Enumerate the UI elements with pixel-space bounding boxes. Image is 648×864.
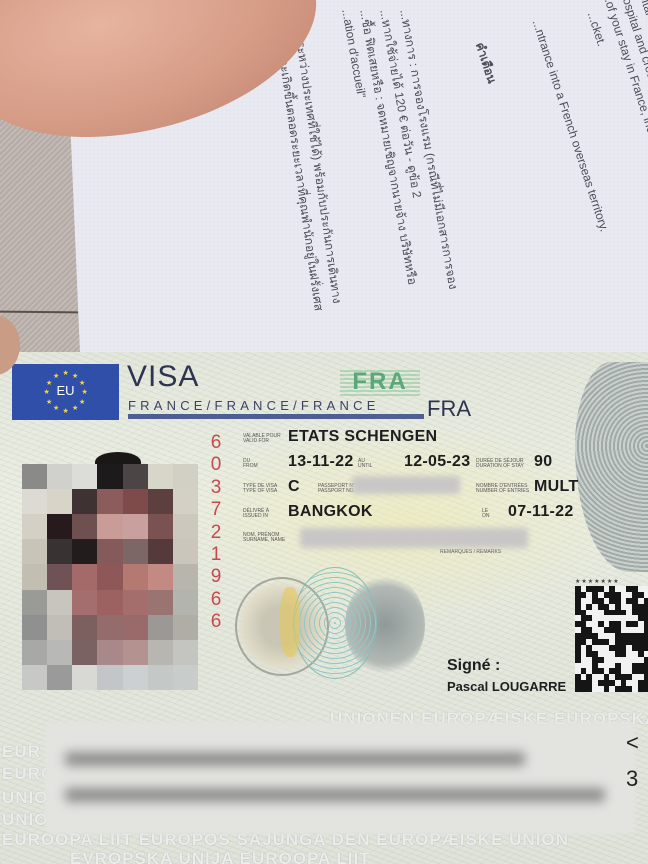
serial-digit: 1 bbox=[208, 544, 224, 566]
label-duration: Durée de séjourDuration of stay bbox=[476, 459, 524, 469]
value-until: 12-05-23 bbox=[404, 453, 470, 471]
serial-digit: 3 bbox=[208, 477, 224, 499]
country-code: FRA bbox=[427, 396, 471, 422]
visa-sticker: ★★★★★★★★★★★★ EU VISA FRANCE/FRANCE/FRANC… bbox=[0, 352, 648, 864]
visa-title: VISA bbox=[127, 360, 199, 394]
issuing-country-line: FRANCE/FRANCE/FRANCE bbox=[128, 398, 380, 413]
serial-digit: 6 bbox=[208, 589, 224, 611]
label-name: Nom, prénomSurname, name bbox=[243, 533, 285, 543]
label-until: AuUntil bbox=[358, 459, 372, 469]
page-crease bbox=[0, 311, 78, 314]
label-type: Type de visaType of visa bbox=[243, 484, 277, 494]
eu-star-icon: ★ bbox=[72, 373, 78, 380]
eu-star-icon: ★ bbox=[46, 399, 52, 406]
background-microtext: EUR bbox=[2, 742, 41, 762]
background-microtext: EVROPSKA UNIJA EUROOPA LIIT bbox=[70, 849, 371, 864]
visa-security-seal bbox=[235, 567, 425, 687]
eu-star-icon: ★ bbox=[63, 370, 69, 377]
stars-row-icon: ★★★★★★★ bbox=[575, 578, 620, 585]
eu-star-icon: ★ bbox=[72, 405, 78, 412]
serial-digit: 0 bbox=[208, 454, 224, 476]
visa-serial-number: 603721966 bbox=[208, 432, 224, 634]
sheet-english-line: ...cket. bbox=[585, 10, 609, 48]
eu-label: EU bbox=[12, 383, 119, 398]
serial-digit: 6 bbox=[208, 611, 224, 633]
mrz-edge-char: < bbox=[626, 730, 639, 756]
value-issued-in: BANGKOK bbox=[288, 503, 373, 521]
serial-digit: 2 bbox=[208, 522, 224, 544]
serial-digit: 9 bbox=[208, 566, 224, 588]
eu-star-icon: ★ bbox=[53, 373, 59, 380]
label-issued-on: LeOn bbox=[482, 509, 490, 519]
background-microtext: UNIO bbox=[2, 788, 49, 808]
value-duration: 90 bbox=[534, 453, 552, 471]
label-from: DuFrom bbox=[243, 459, 258, 469]
label-issued-in: Délivré àIssued in bbox=[243, 509, 269, 519]
holder-photo-pixelated bbox=[22, 464, 198, 690]
label-remarks: Remarques / Remarks bbox=[440, 550, 501, 555]
redacted-holder-name bbox=[300, 528, 528, 548]
value-type: C bbox=[288, 478, 300, 496]
background-microtext: UNIO bbox=[2, 810, 49, 830]
datamatrix-barcode bbox=[575, 586, 648, 692]
eu-star-icon: ★ bbox=[63, 408, 69, 415]
signer-name: Pascal LOUGARRE bbox=[447, 679, 566, 694]
microprint-band bbox=[128, 414, 424, 419]
serial-digit: 6 bbox=[208, 432, 224, 454]
eu-flag-emblem: ★★★★★★★★★★★★ EU bbox=[12, 364, 119, 420]
mrz-edge-char: 3 bbox=[626, 766, 638, 792]
country-code-hologram: FRA bbox=[340, 368, 420, 396]
redacted-passport-number bbox=[352, 476, 460, 494]
value-issued-on: 07-11-22 bbox=[508, 503, 574, 521]
redacted-mrz-zone bbox=[45, 722, 635, 834]
value-entries: MULT bbox=[534, 478, 578, 496]
sheet-thai-heading: คำเตือน bbox=[470, 40, 501, 86]
sheet-english-line: ...ntrance into a French overseas territ… bbox=[530, 18, 612, 233]
eu-star-icon: ★ bbox=[79, 399, 85, 406]
label-passport: Passeport n°Passport No. bbox=[318, 484, 355, 494]
eu-star-icon: ★ bbox=[53, 405, 59, 412]
label-entries: Nombre d'entréesNumber of entries bbox=[476, 484, 529, 494]
value-valid-for: ETATS SCHENGEN bbox=[288, 428, 437, 446]
serial-digit: 7 bbox=[208, 499, 224, 521]
label-valid-for: Valable pourValid for bbox=[243, 434, 281, 444]
value-from: 13-11-22 bbox=[288, 453, 354, 471]
signed-label: Signé : bbox=[447, 657, 500, 675]
